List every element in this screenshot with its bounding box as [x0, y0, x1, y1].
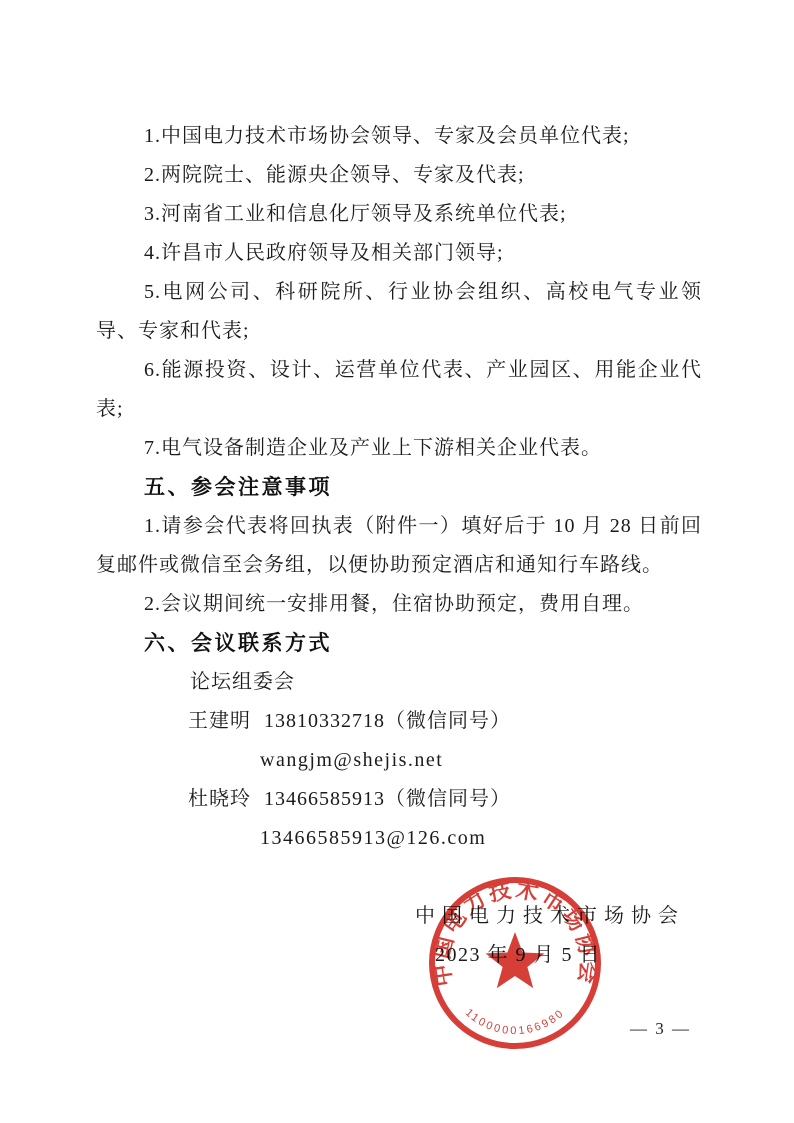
- contact-name: 王建明: [188, 710, 251, 732]
- contact-phone: 13810332718（微信同号）: [264, 710, 511, 732]
- contact-name: 杜晓玲: [188, 788, 251, 810]
- section5-item-1: 1.请参会代表将回执表（附件一）填好后于 10 月 28 日前回复邮件或微信至会…: [96, 507, 702, 585]
- attendee-item-5: 5.电网公司、科研院所、行业协会组织、高校电气专业领导、专家和代表;: [96, 273, 702, 351]
- section5-item-2: 2.会议期间统一安排用餐，住宿协助预定，费用自理。: [96, 585, 702, 624]
- seal-code-text: 1100000166980: [463, 1007, 568, 1037]
- attendee-item-3: 3.河南省工业和信息化厅领导及系统单位代表;: [96, 195, 702, 234]
- section6-heading: 六、会议联系方式: [96, 624, 702, 663]
- attendee-item-6: 6.能源投资、设计、运营单位代表、产业园区、用能企业代表;: [96, 351, 702, 429]
- contact-email: wangjm@shejis.net: [96, 741, 702, 780]
- section5-heading: 五、参会注意事项: [96, 468, 702, 507]
- document-body: 1.中国电力技术市场协会领导、专家及会员单位代表; 2.两院院士、能源央企领导、…: [96, 0, 702, 975]
- committee-label: 论坛组委会: [96, 663, 702, 702]
- svg-text:1100000166980: 1100000166980: [463, 1007, 568, 1037]
- contact-row-1: 王建明13810332718（微信同号）: [96, 702, 702, 741]
- blank-line: [96, 858, 702, 897]
- attendee-item-4: 4.许昌市人民政府领导及相关部门领导;: [96, 234, 702, 273]
- attendee-item-2: 2.两院院士、能源央企领导、专家及代表;: [96, 156, 702, 195]
- signature-organization: 中国电力技术市场协会: [96, 897, 702, 936]
- attendee-item-7: 7.电气设备制造企业及产业上下游相关企业代表。: [96, 429, 702, 468]
- contact-row-2: 杜晓玲13466585913（微信同号）: [96, 780, 702, 819]
- attendee-item-1: 1.中国电力技术市场协会领导、专家及会员单位代表;: [96, 117, 702, 156]
- signature-date: 2023 年 9 月 5 日: [96, 936, 702, 975]
- contact-email: 13466585913@126.com: [96, 819, 702, 858]
- contact-phone: 13466585913（微信同号）: [264, 788, 511, 810]
- page-number: — 3 —: [630, 1019, 691, 1039]
